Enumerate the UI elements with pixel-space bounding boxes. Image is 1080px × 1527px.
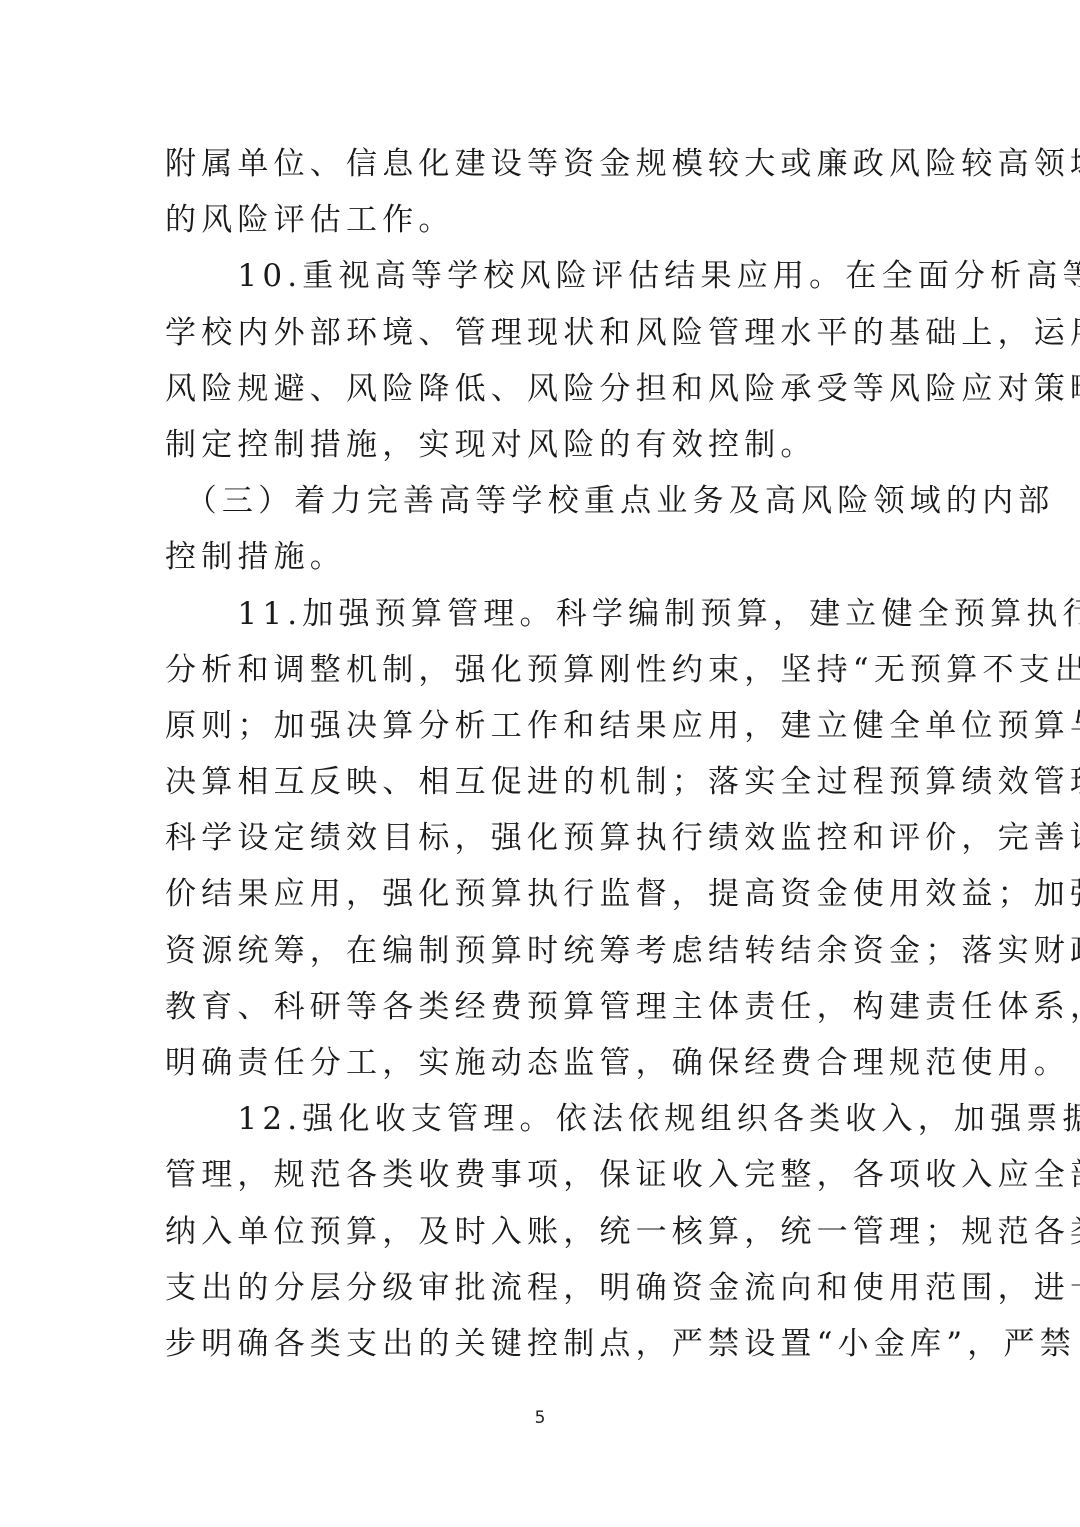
section-3-heading: （三）着力完善高等学校重点业务及高风险领域的内部 (165, 473, 917, 529)
item-12-heading-line: 12.强化收支管理。依法依规组织各类收入，加强票据 (165, 1091, 917, 1147)
text-line: 明确责任分工，实施动态监管，确保经费合理规范使用。 (165, 1035, 917, 1091)
text-line: 步明确各类支出的关键控制点，严禁设置“小金库”，严禁 (165, 1316, 917, 1372)
text-line: 价结果应用，强化预算执行监督，提高资金使用效益；加强 (165, 866, 917, 922)
text-line: 原则；加强决算分析工作和结果应用，建立健全单位预算与 (165, 698, 917, 754)
text-line: 附属单位、信息化建设等资金规模较大或廉政风险较高领域 (165, 136, 917, 192)
text-line: 管理，规范各类收费事项，保证收入完整，各项收入应全部 (165, 1147, 917, 1203)
text-line: 决算相互反映、相互促进的机制；落实全过程预算绩效管理， (165, 754, 917, 810)
page-number: 5 (0, 1408, 1080, 1428)
text-line: 制定控制措施，实现对风险的有效控制。 (165, 417, 917, 473)
text-line: 分析和调整机制，强化预算刚性约束，坚持“无预算不支出” (165, 642, 917, 698)
text-line: 支出的分层分级审批流程，明确资金流向和使用范围，进一 (165, 1260, 917, 1316)
text-line: 教育、科研等各类经费预算管理主体责任，构建责任体系， (165, 979, 917, 1035)
text-line: 科学设定绩效目标，强化预算执行绩效监控和评价，完善评 (165, 810, 917, 866)
text-line: 学校内外部环境、管理现状和风险管理水平的基础上，运用 (165, 305, 917, 361)
body-text: 附属单位、信息化建设等资金规模较大或廉政风险较高领域 的风险评估工作。 10.重… (165, 136, 917, 1372)
document-page: 附属单位、信息化建设等资金规模较大或廉政风险较高领域 的风险评估工作。 10.重… (0, 0, 1080, 1527)
text-line: 的风险评估工作。 (165, 192, 917, 248)
item-10-heading-line: 10.重视高等学校风险评估结果应用。在全面分析高等 (165, 248, 917, 304)
section-3-heading: 控制措施。 (165, 529, 917, 585)
text-line: 纳入单位预算，及时入账，统一核算，统一管理；规范各类 (165, 1204, 917, 1260)
text-line: 资源统筹，在编制预算时统筹考虑结转结余资金；落实财政 (165, 923, 917, 979)
item-11-heading-line: 11.加强预算管理。科学编制预算，建立健全预算执行、 (165, 586, 917, 642)
text-line: 风险规避、风险降低、风险分担和风险承受等风险应对策略， (165, 361, 917, 417)
